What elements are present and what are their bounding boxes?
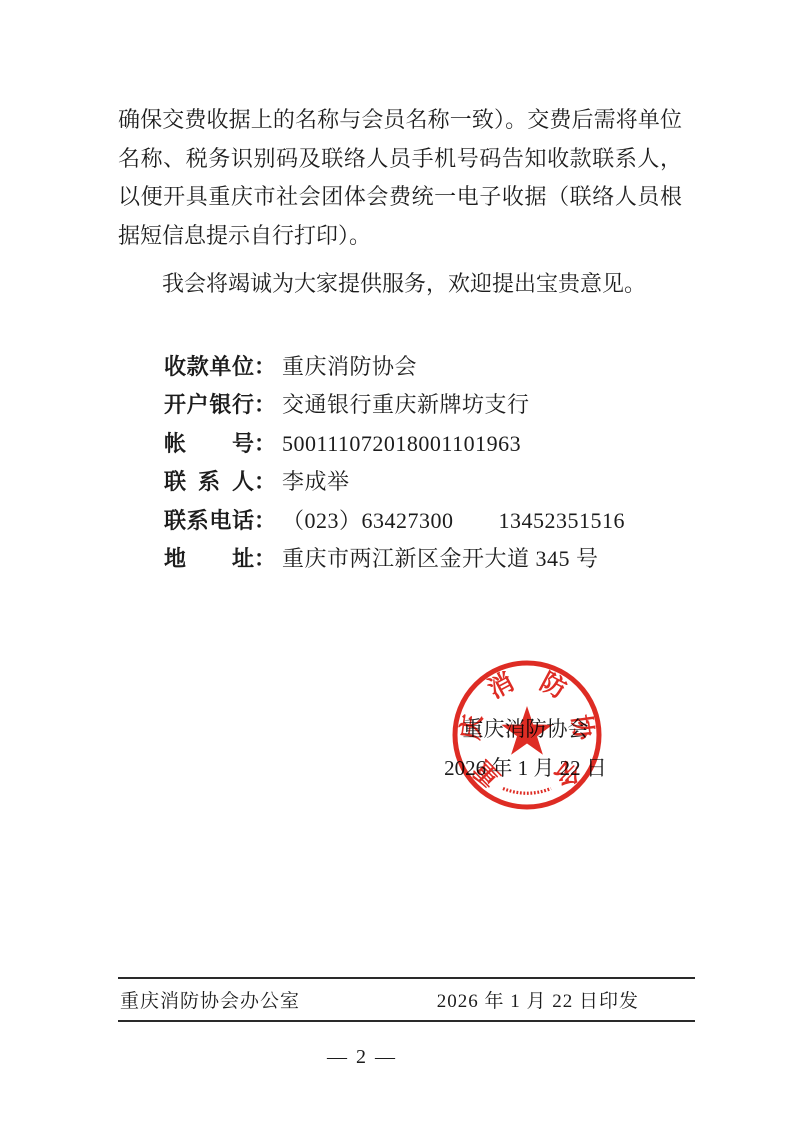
paragraph-closing: 我会将竭诚为大家提供服务，欢迎提出宝贵意见。 — [118, 265, 682, 304]
detail-label: 联系人 — [164, 463, 254, 501]
detail-colon: ： — [254, 348, 276, 386]
footer-bar: 重庆消防协会办公室 2026 年 1 月 22 日印发 — [118, 977, 695, 1022]
detail-colon: ： — [254, 425, 276, 463]
seal-char: 协 — [566, 713, 597, 743]
detail-value: 李成举 — [282, 463, 350, 501]
detail-colon: ： — [254, 386, 276, 424]
detail-value: 500111072018001101963 — [282, 425, 521, 463]
payment-detail-row: 收款单位 ： 重庆消防协会 — [164, 348, 684, 386]
footer-issuer: 重庆消防协会办公室 — [120, 986, 300, 1013]
detail-colon: ： — [254, 463, 276, 501]
payment-detail-row: 联系电话 ： （023）63427300 13452351516 — [164, 502, 684, 540]
payment-detail-row: 地址 ： 重庆市两江新区金开大道 345 号 — [164, 540, 684, 578]
official-seal: 重 庆 消 防 协 会 — [447, 655, 607, 815]
detail-label: 联系电话 — [164, 502, 254, 540]
detail-colon: ： — [254, 502, 276, 540]
detail-label: 地址 — [164, 540, 254, 578]
detail-label: 帐号 — [164, 425, 254, 463]
detail-label: 收款单位 — [164, 348, 254, 386]
detail-value: 重庆市两江新区金开大道 345 号 — [282, 540, 599, 578]
seal-char: 会 — [548, 755, 586, 793]
body-paragraphs: 确保交费收据上的名称与会员名称一致）。交费后需将单位名称、税务识别码及联络人员手… — [118, 101, 682, 304]
payment-detail-row: 开户银行 ： 交通银行重庆新牌坊支行 — [164, 386, 684, 424]
payment-detail-row: 帐号 ： 500111072018001101963 — [164, 425, 684, 463]
seal-char: 庆 — [455, 713, 487, 742]
paragraph-continuation: 确保交费收据上的名称与会员名称一致）。交费后需将单位名称、税务识别码及联络人员手… — [118, 101, 682, 255]
detail-value: 重庆消防协会 — [282, 348, 417, 386]
footer-print-date: 2026 年 1 月 22 日印发 — [437, 986, 639, 1013]
detail-value: （023）63427300 13452351516 — [282, 502, 625, 540]
detail-colon: ： — [254, 540, 276, 578]
page-number: — 2 — — [0, 1046, 724, 1069]
document-page: 确保交费收据上的名称与会员名称一致）。交费后需将单位名称、税务识别码及联络人员手… — [0, 0, 800, 1131]
payment-detail-row: 联系人 ： 李成举 — [164, 463, 684, 501]
detail-label: 开户银行 — [164, 386, 254, 424]
detail-value: 交通银行重庆新牌坊支行 — [282, 386, 530, 424]
payment-details: 收款单位 ： 重庆消防协会 开户银行 ： 交通银行重庆新牌坊支行 帐号 ： 50… — [164, 348, 684, 578]
seal-microtext-arc — [503, 789, 551, 794]
seal-star-icon — [501, 706, 552, 755]
